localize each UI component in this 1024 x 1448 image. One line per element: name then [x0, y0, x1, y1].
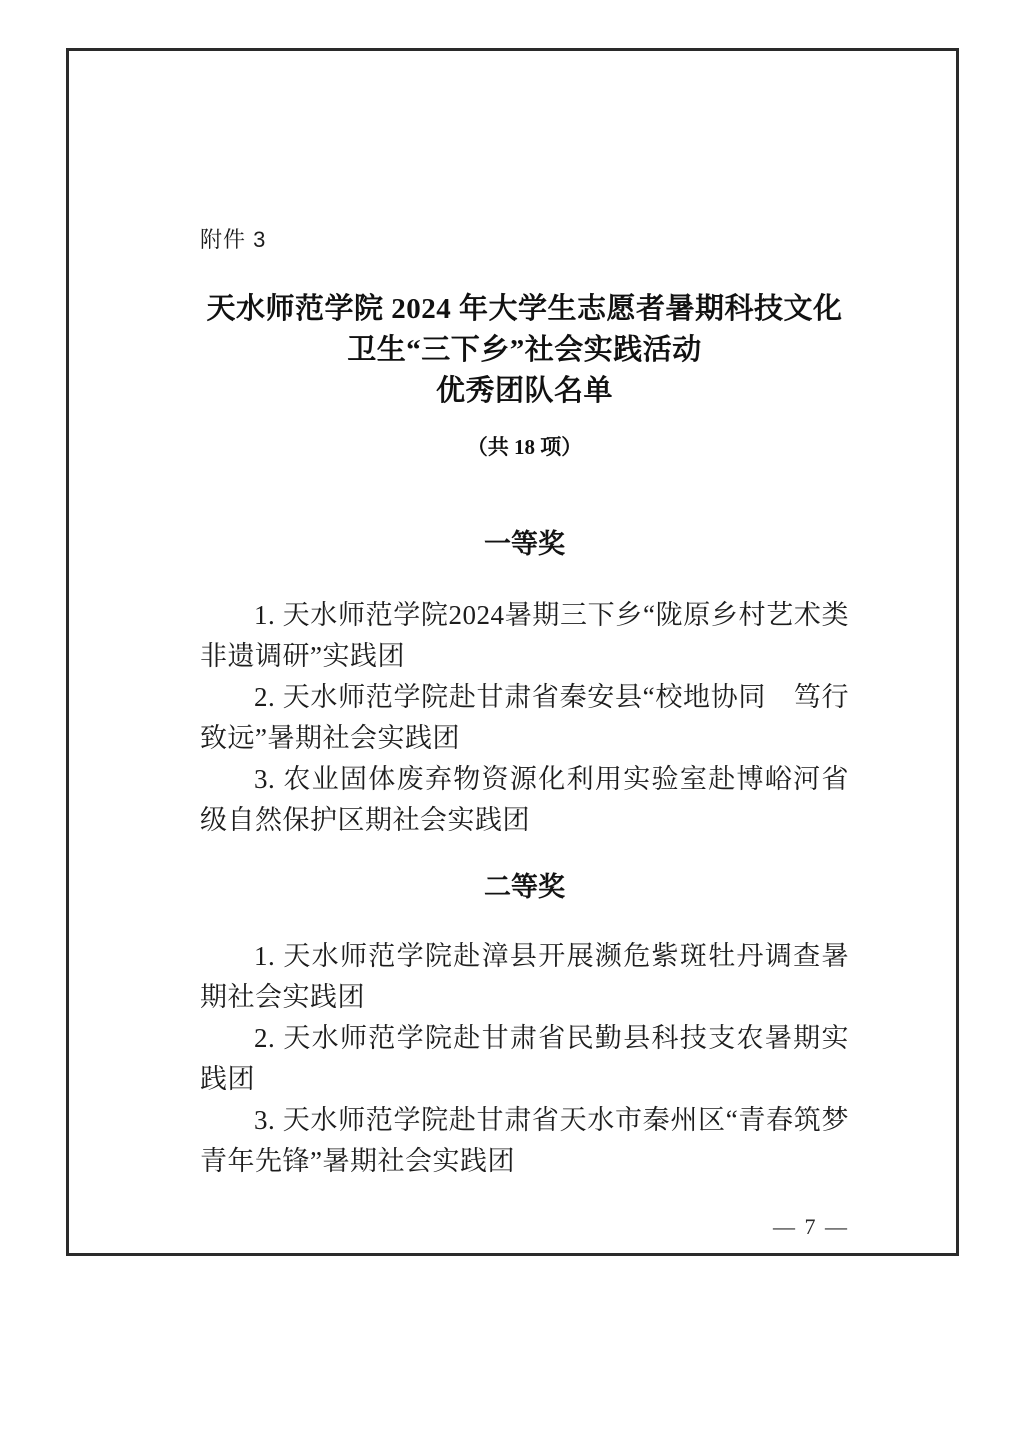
second-prize-list: 1. 天水师范学院赴漳县开展濒危紫斑牡丹调查暑期社会实践团 2. 天水师范学院赴… — [200, 936, 849, 1182]
second-prize-heading: 二等奖 — [200, 865, 849, 904]
item-count-subtitle: （共 18 项） — [200, 431, 849, 461]
document-title-line-1: 天水师范学院 2024 年大学生志愿者暑期科技文化 — [200, 289, 849, 330]
document-page-border: 附件 3 天水师范学院 2024 年大学生志愿者暑期科技文化 卫生“三下乡”社会… — [66, 48, 959, 1256]
page-number: — 7 — — [200, 1214, 849, 1240]
first-prize-list: 1. 天水师范学院2024暑期三下乡“陇原乡村艺术类非遗调研”实践团 2. 天水… — [200, 595, 849, 841]
first-prize-item-3: 3. 农业固体废弃物资源化利用实验室赴博峪河省级自然保护区期社会实践团 — [200, 759, 849, 841]
first-prize-heading: 一等奖 — [200, 522, 849, 561]
first-prize-item-2: 2. 天水师范学院赴甘肃省秦安县“校地协同 笃行致远”暑期社会实践团 — [200, 677, 849, 759]
attachment-label: 附件 3 — [200, 223, 849, 254]
second-prize-item-3: 3. 天水师范学院赴甘肃省天水市秦州区“青春筑梦 青年先锋”暑期社会实践团 — [200, 1100, 849, 1182]
first-prize-item-1: 1. 天水师范学院2024暑期三下乡“陇原乡村艺术类非遗调研”实践团 — [200, 595, 849, 677]
second-prize-item-1: 1. 天水师范学院赴漳县开展濒危紫斑牡丹调查暑期社会实践团 — [200, 936, 849, 1018]
document-title-line-3: 优秀团队名单 — [200, 371, 849, 412]
document-title: 天水师范学院 2024 年大学生志愿者暑期科技文化 卫生“三下乡”社会实践活动 … — [200, 289, 849, 412]
second-prize-item-2: 2. 天水师范学院赴甘肃省民勤县科技支农暑期实践团 — [200, 1018, 849, 1100]
document-title-line-2: 卫生“三下乡”社会实践活动 — [200, 330, 849, 371]
document-content: 附件 3 天水师范学院 2024 年大学生志愿者暑期科技文化 卫生“三下乡”社会… — [200, 51, 849, 1240]
